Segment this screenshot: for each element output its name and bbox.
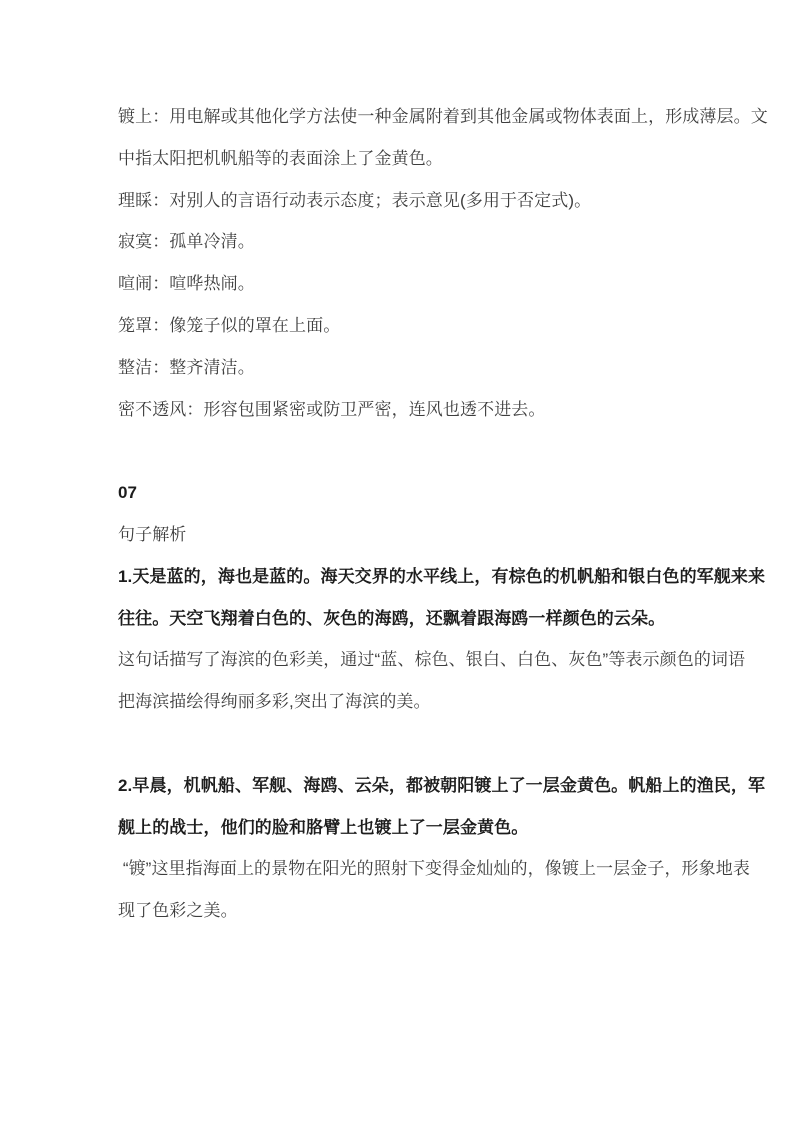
definition-line: 寂寞：孤单冷清。 xyxy=(118,221,680,263)
definition-longZhao: 笼罩：像笼子似的罩在上面。 xyxy=(118,305,680,347)
blank-line xyxy=(118,430,680,472)
document-page: 镀上：用电解或其他化学方法使一种金属附着到其他金属或物体表面上，形成薄层。文 中… xyxy=(0,0,793,1122)
definition-miBuTouFeng: 密不透风：形容包围紧密或防卫严密，连风也透不进去。 xyxy=(118,389,680,431)
definition-line: 整洁：整齐清洁。 xyxy=(118,347,680,389)
sentence-2-text-line: 舰上的战士，他们的脸和胳臂上也镀上了一层金黄色。 xyxy=(118,807,680,849)
sentence-2-analysis-line: “镀”这里指海面上的景物在阳光的照射下变得金灿灿的，像镀上一层金子，形象地表 xyxy=(118,848,680,890)
sentence-1-analysis-line: 这句话描写了海滨的色彩美，通过“蓝、棕色、银白、白色、灰色”等表示颜色的词语 xyxy=(118,639,680,681)
sentence-2-analysis: “镀”这里指海面上的景物在阳光的照射下变得金灿灿的，像镀上一层金子，形象地表 现… xyxy=(118,848,680,932)
definition-line: 笼罩：像笼子似的罩在上面。 xyxy=(118,305,680,347)
definition-liCai: 理睬：对别人的言语行动表示态度；表示意见(多用于否定式)。 xyxy=(118,180,680,222)
definition-duShang: 镀上：用电解或其他化学方法使一种金属附着到其他金属或物体表面上，形成薄层。文 中… xyxy=(118,96,680,180)
sentence-1-analysis-line: 把海滨描绘得绚丽多彩,突出了海滨的美。 xyxy=(118,681,680,723)
sentence-2: 2.早晨，机帆船、军舰、海鸥、云朵，都被朝阳镀上了一层金黄色。帆船上的渔民，军 … xyxy=(118,765,680,849)
definition-zhengJie: 整洁：整齐清洁。 xyxy=(118,347,680,389)
sentence-2-text-line: 2.早晨，机帆船、军舰、海鸥、云朵，都被朝阳镀上了一层金黄色。帆船上的渔民，军 xyxy=(118,765,680,807)
section-heading: 句子解析 xyxy=(118,514,680,556)
sentence-1-text-line: 1.天是蓝的，海也是蓝的。海天交界的水平线上，有棕色的机帆船和银白色的军舰来来 xyxy=(118,556,680,598)
definition-line: 密不透风：形容包围紧密或防卫严密，连风也透不进去。 xyxy=(118,389,680,431)
definition-xuanNao: 喧闹：喧哗热闹。 xyxy=(118,263,680,305)
definition-jiMo: 寂寞：孤单冷清。 xyxy=(118,221,680,263)
document-content: 镀上：用电解或其他化学方法使一种金属附着到其他金属或物体表面上，形成薄层。文 中… xyxy=(118,96,680,932)
definition-line: 镀上：用电解或其他化学方法使一种金属附着到其他金属或物体表面上，形成薄层。文 xyxy=(118,96,680,138)
definition-line: 中指太阳把机帆船等的表面涂上了金黄色。 xyxy=(118,138,680,180)
sentence-1-analysis: 这句话描写了海滨的色彩美，通过“蓝、棕色、银白、白色、灰色”等表示颜色的词语 把… xyxy=(118,639,680,723)
definition-line: 喧闹：喧哗热闹。 xyxy=(118,263,680,305)
blank-line xyxy=(118,723,680,765)
sentence-1-text-line: 往往。天空飞翔着白色的、灰色的海鸥，还飘着跟海鸥一样颜色的云朵。 xyxy=(118,598,680,640)
definition-line: 理睬：对别人的言语行动表示态度；表示意见(多用于否定式)。 xyxy=(118,180,680,222)
sentence-1: 1.天是蓝的，海也是蓝的。海天交界的水平线上，有棕色的机帆船和银白色的军舰来来 … xyxy=(118,556,680,640)
section-number: 07 xyxy=(118,472,680,514)
sentence-2-analysis-line: 现了色彩之美。 xyxy=(118,890,680,932)
